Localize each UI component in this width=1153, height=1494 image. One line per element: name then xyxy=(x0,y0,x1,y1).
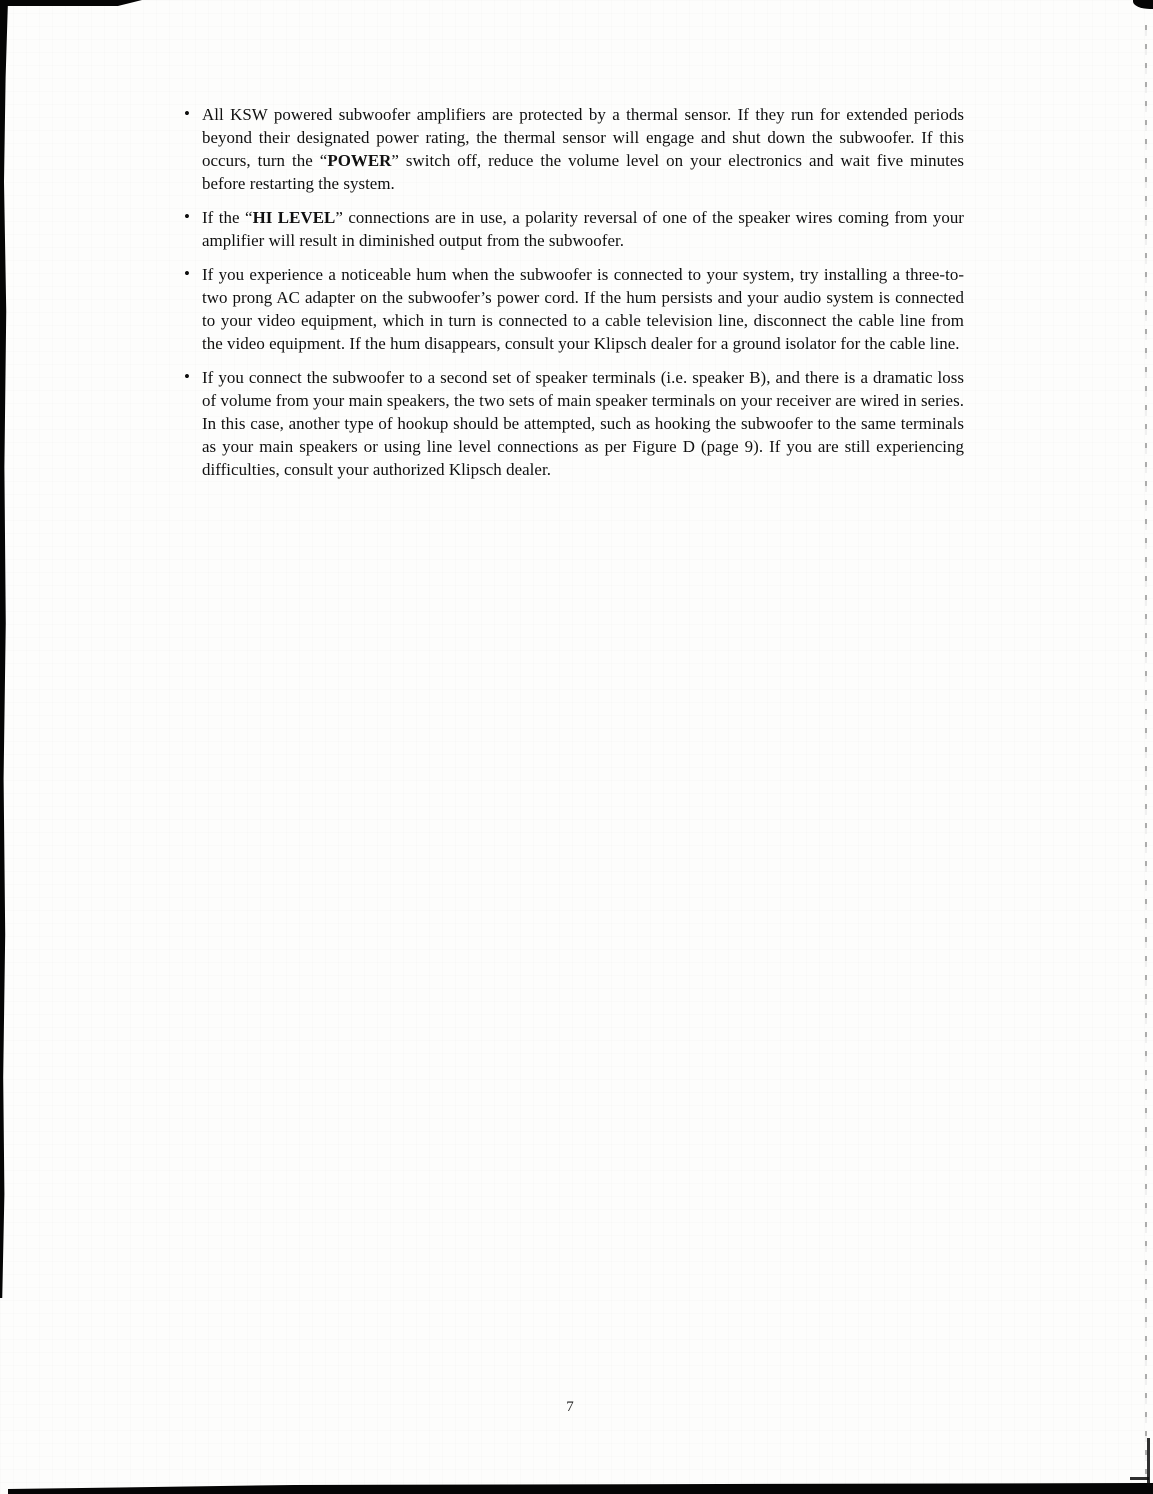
bullet-item-thermal-sensor: •All KSW powered subwoofer amplifiers ar… xyxy=(202,103,964,195)
page-number: 7 xyxy=(0,1399,1140,1416)
bullet-text: If you experience a noticeable hum when … xyxy=(202,265,964,353)
bullet-text: If you connect the subwoofer to a second… xyxy=(202,368,964,479)
bullet-marker: • xyxy=(184,365,190,388)
bullet-marker: • xyxy=(184,102,190,125)
bullet-item-hum: •If you experience a noticeable hum when… xyxy=(202,263,964,355)
scan-right-fold-line xyxy=(1145,25,1147,1483)
scan-bottom-right-mark-vertical xyxy=(1147,1438,1150,1486)
bullet-list: •All KSW powered subwoofer amplifiers ar… xyxy=(202,103,964,481)
bullet-item-hi-level: •If the “HI LEVEL” connections are in us… xyxy=(202,206,964,252)
bullet-text: If the “ xyxy=(202,208,253,227)
bullet-item-speaker-terminals: •If you connect the subwoofer to a secon… xyxy=(202,366,964,481)
scan-top-edge-artifact xyxy=(0,0,142,6)
scan-left-edge-artifact xyxy=(0,0,8,1298)
power-term: POWER xyxy=(327,151,391,170)
bullet-marker: • xyxy=(184,205,190,228)
scan-bottom-edge-artifact xyxy=(8,1483,1153,1494)
scan-top-right-corner-artifact xyxy=(1133,0,1153,9)
scanned-document-page: •All KSW powered subwoofer amplifiers ar… xyxy=(0,0,1153,1494)
document-body: •All KSW powered subwoofer amplifiers ar… xyxy=(202,103,964,481)
hi-level-term: HI LEVEL xyxy=(253,208,336,227)
bullet-marker: • xyxy=(184,262,190,285)
